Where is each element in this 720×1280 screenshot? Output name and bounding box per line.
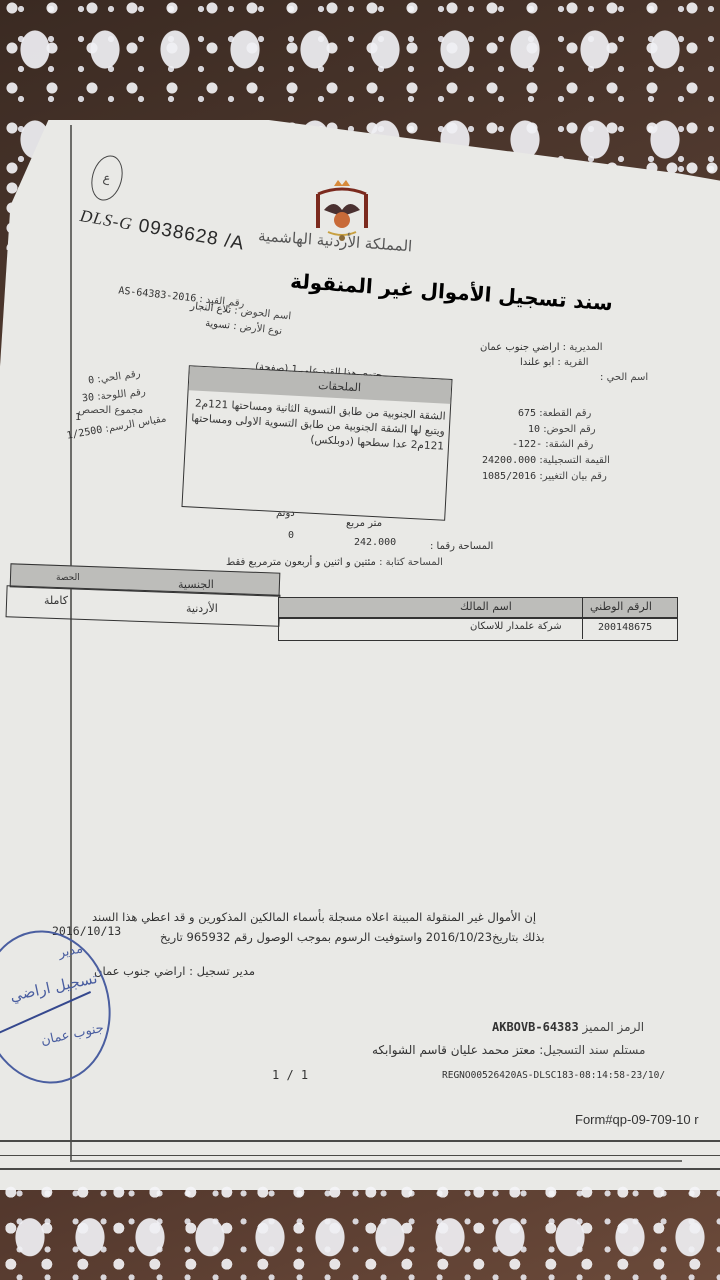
- cell-owner-name: شركة علمدار للاسكان: [470, 621, 562, 632]
- page-number: 1 / 1: [272, 1068, 308, 1082]
- header-nationality: الجنسية: [178, 578, 214, 591]
- dunum-value: 0: [288, 530, 294, 541]
- annexes-text: الشقة الجنوبية من طابق التسوية الثانية و…: [190, 396, 446, 454]
- certification-line2: بذلك بتاريخ2016/10/23 واستوفيت الرسوم بم…: [160, 930, 545, 944]
- bottom-rule: [0, 1168, 720, 1170]
- registrar: مدير تسجيل : اراضي جنوب عمان: [94, 964, 255, 978]
- basin-number: رقم الحوض: 10: [528, 424, 596, 435]
- bottom-rule: [0, 1155, 720, 1156]
- table-divider: [582, 597, 583, 639]
- annexes-box: الملحقات الشقة الجنوبية من طابق التسوية …: [181, 365, 452, 521]
- form-number: Form#qp-09-709-10 r: [575, 1112, 699, 1127]
- area-numeric-label: المساحة رقما :: [430, 541, 493, 552]
- village: القرية : ابو علندا: [520, 357, 589, 368]
- header-share: الحصة: [56, 573, 80, 583]
- registration-reference: REGNO00526420AS-DLSC183-08:14:58-23/10/: [442, 1070, 665, 1081]
- header-owner-name: اسم المالك: [460, 600, 512, 613]
- neighborhood-name: اسم الحي :: [600, 372, 648, 383]
- directorate: المديرية : اراضي جنوب عمان: [480, 342, 603, 353]
- parcel-number: رقم القطعة: 675: [518, 408, 591, 419]
- change-statement-number: رقم بيان التغيير: 1085/2016: [482, 471, 607, 482]
- annexes-title: الملحقات: [318, 379, 361, 394]
- deed-receiver: مستلم سند التسجيل: معتز محمد عليان قاسم …: [372, 1043, 645, 1057]
- lace-tablecloth-bottom: [0, 1185, 720, 1280]
- dunum-label: دونم: [276, 508, 295, 519]
- cell-national-id: 200148675: [598, 622, 652, 633]
- apartment-number: رقم الشقة: -122-: [512, 439, 593, 450]
- shares-total-value: 1: [75, 412, 81, 423]
- registered-value: القيمة التسجيلية: 24200.000: [482, 455, 610, 466]
- certification-line1: إن الأموال غير المنقولة المبينة اعلاه مس…: [92, 910, 536, 924]
- sqm-value: 242.000: [354, 537, 396, 548]
- bottom-rule: [0, 1140, 720, 1142]
- area-written: المساحة كتابة : مئتين و اثنين و أربعون م…: [226, 557, 443, 568]
- shares-total: مجموع الحصص: [78, 405, 143, 416]
- cell-share: كاملة: [44, 594, 68, 607]
- cell-nationality: الأردنية: [186, 602, 218, 615]
- header-national-id: الرقم الوطني: [590, 600, 652, 613]
- unique-code: الرمز المميز 64383-AKBOVB: [492, 1020, 644, 1034]
- sqm-label: متر مربع: [346, 518, 382, 529]
